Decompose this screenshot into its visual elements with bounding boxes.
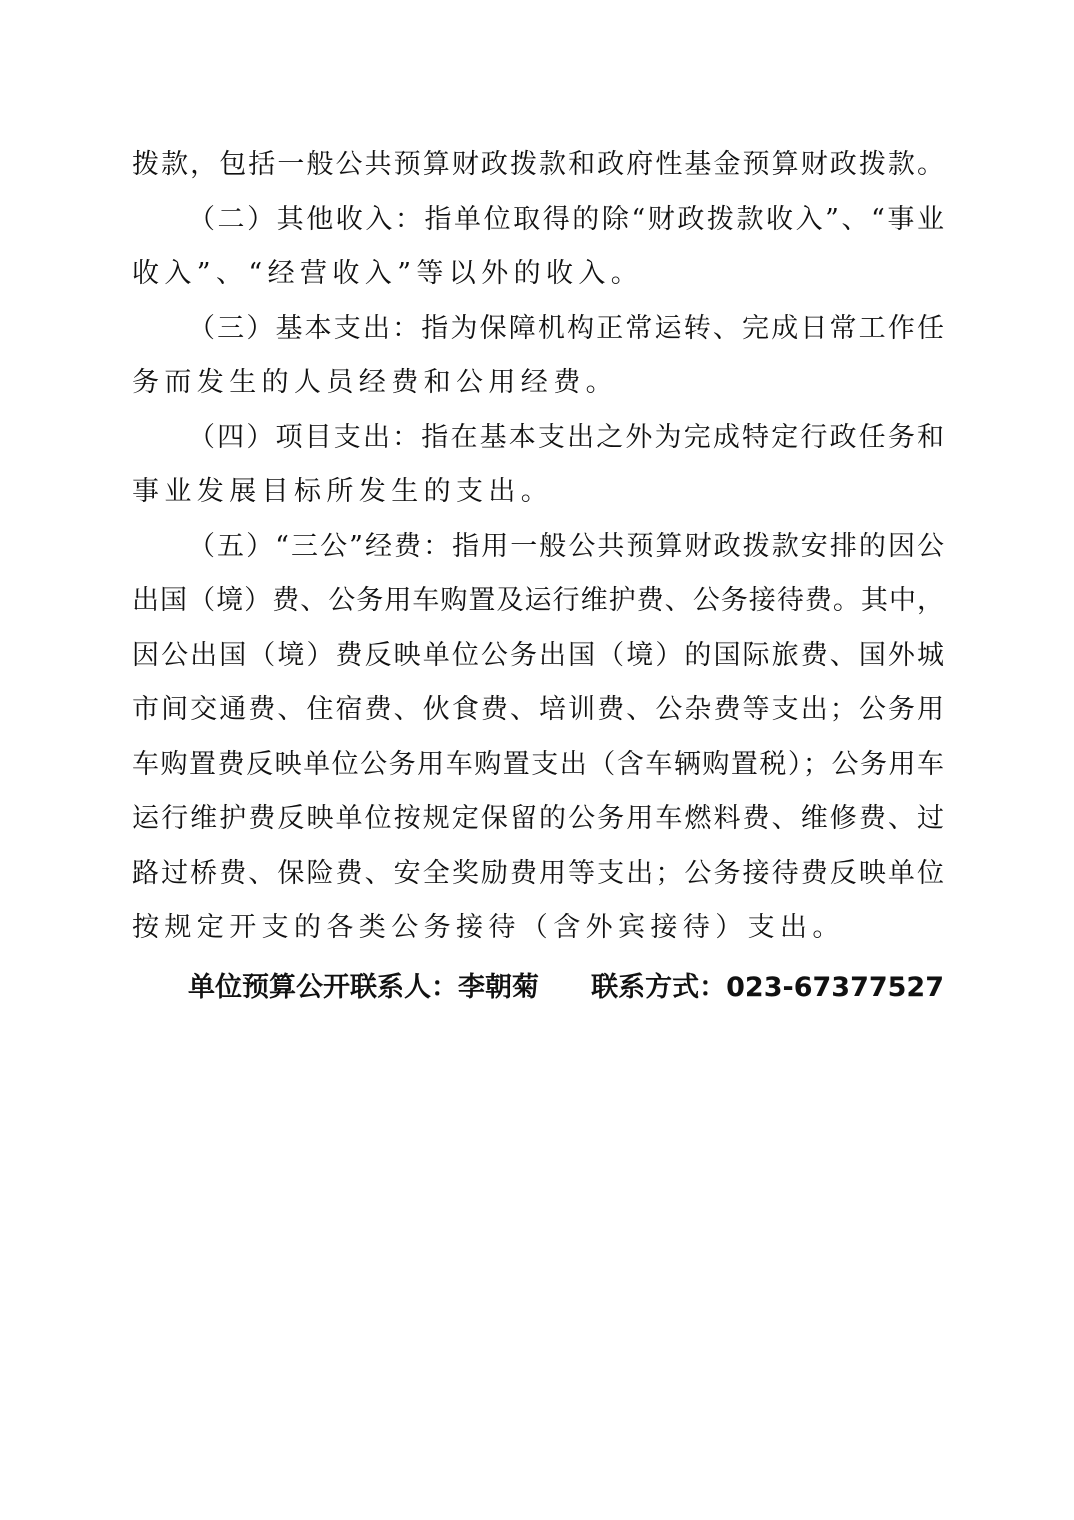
paragraph-line: （五）“三公”经费：指用一般公共预算财政拨款安排的因公 <box>188 529 944 565</box>
paragraph-line: 拨款，包括一般公共预算财政拨款和政府性基金预算财政拨款。 <box>132 147 944 183</box>
paragraph-line: （二）其他收入：指单位取得的除“财政拨款收入”、“事业 <box>188 202 944 238</box>
paragraph-line: 事业发展目标所发生的支出。 <box>132 474 944 510</box>
paragraph-line: 车购置费反映单位公务用车购置支出（含车辆购置税）；公务用车 <box>132 747 944 783</box>
paragraph-line: 路过桥费、保险费、安全奖励费用等支出；公务接待费反映单位 <box>132 856 944 892</box>
paragraph-line: 市间交通费、住宿费、伙食费、培训费、公杂费等支出；公务用 <box>132 692 944 728</box>
contact-phone: 联系方式：023-67377527 <box>591 970 944 1006</box>
paragraph-line: 按规定开支的各类公务接待（含外宾接待）支出。 <box>132 910 944 946</box>
contact-info: 单位预算公开联系人：李朝菊 联系方式：023-67377527 <box>188 970 944 1006</box>
paragraph-line: 因公出国（境）费反映单位公务出国（境）的国际旅费、国外城 <box>132 638 944 674</box>
contact-person: 单位预算公开联系人：李朝菊 <box>188 970 539 1006</box>
paragraph-line: 务而发生的人员经费和公用经费。 <box>132 365 944 401</box>
paragraph-line: 收入”、“经营收入”等以外的收入。 <box>132 256 944 292</box>
document-page: 拨款，包括一般公共预算财政拨款和政府性基金预算财政拨款。 （二）其他收入：指单位… <box>0 0 1074 1520</box>
paragraph-line: 出国（境）费、公务用车购置及运行维护费、公务接待费。其中， <box>132 583 944 619</box>
paragraph-line: 运行维护费反映单位按规定保留的公务用车燃料费、维修费、过 <box>132 801 944 837</box>
paragraph-line: （三）基本支出：指为保障机构正常运转、完成日常工作任 <box>188 311 944 347</box>
paragraph-line: （四）项目支出：指在基本支出之外为完成特定行政任务和 <box>188 420 944 456</box>
